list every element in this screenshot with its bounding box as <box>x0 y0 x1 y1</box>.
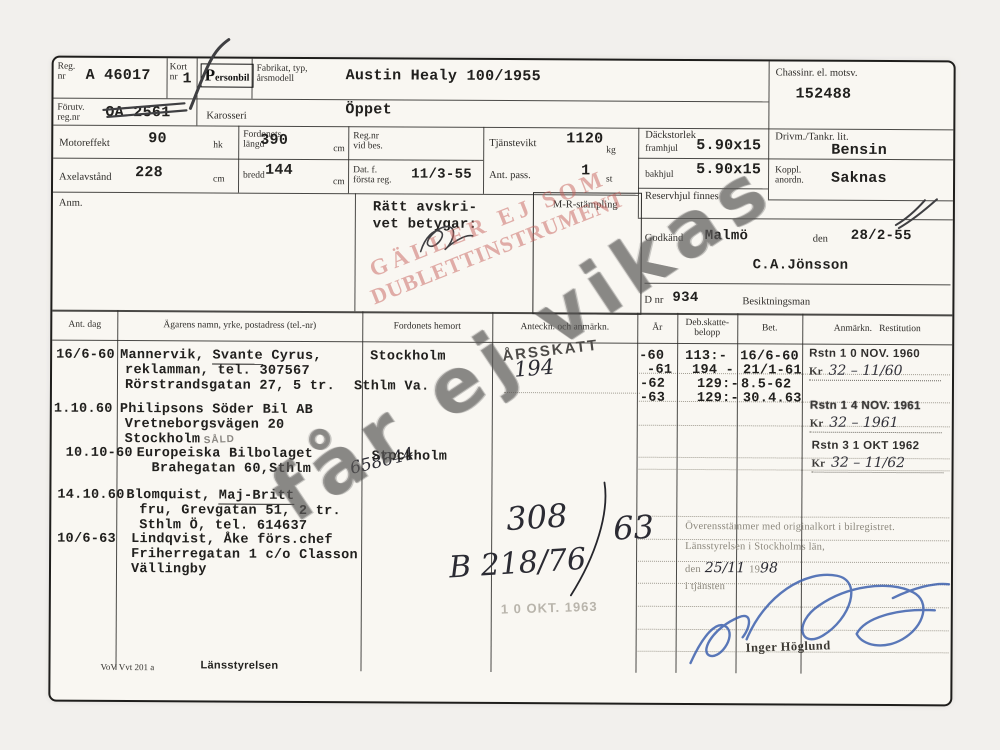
col-header-bet: Bet. <box>737 323 802 333</box>
godkand-date: 28/2-55 <box>851 228 912 244</box>
langd-unit: cm <box>333 144 345 154</box>
grid-line <box>52 340 952 346</box>
col-header-anmarkn: Anmärkn. Restitution <box>802 324 952 335</box>
owner-1-line-2: reklamman, tel. 307567 <box>125 363 310 379</box>
tax-year-3: -62 <box>640 377 665 392</box>
owner-2-date: 1.10.60 <box>54 402 113 417</box>
kr-hand-value: 32 – 1961 <box>829 415 898 431</box>
owner-4-name-pre: Blomquist, <box>126 488 218 503</box>
restitution-stamp-3: Rstn 3 1 OKT 1962 <box>812 440 920 453</box>
owner-1-line-1: Mannervik, Svante Cyrus, <box>120 348 322 364</box>
tax-amount-2: 194 - <box>692 363 734 378</box>
certify-line-1: Överensstämmer med originalkort i bilreg… <box>685 521 895 533</box>
owner-1-name-pre: Mannervik, <box>120 348 212 363</box>
owner-4-line-2: fru, Grevgatan 51, 2 tr. <box>139 503 341 519</box>
fabrikat-label: Fabrikat, typ, årsmodell <box>257 64 308 84</box>
chassi-label: Chassinr. el. motsv. <box>776 67 858 78</box>
hemort-row-3: Stockholm <box>372 449 448 464</box>
sold-stamp: SÅLD <box>203 434 235 446</box>
tax-amount-4: 129:- <box>697 391 739 406</box>
registration-card: Reg. nr A 46017 Kort nr 1 Personbil Fabr… <box>48 56 955 707</box>
bakhjul-value: 5.90x15 <box>696 161 761 178</box>
certify-year-prefix: 19 <box>749 564 760 575</box>
grid-line <box>490 312 493 672</box>
forutv-label: Förutv. reg.nr <box>57 103 84 123</box>
motoreffekt-value: 90 <box>148 130 167 147</box>
hand-case-number-308: 308 <box>505 496 568 538</box>
col-header-hemort: Fordonets hemort <box>362 321 492 332</box>
owner-3-date: 10.10-60 <box>66 446 133 461</box>
ratt-avskrivet-text: Rätt avskri- vet betygar: <box>373 199 478 234</box>
owner-5-date: 10/6-63 <box>57 532 116 547</box>
owner-5-line-2: Friherregatan 1 c/o Classon <box>131 547 358 563</box>
axelavstand-unit: cm <box>213 174 225 184</box>
hand-case-number-b218: B 218/76 <box>448 542 587 586</box>
owner-1-line-3: Rörstrandsgatan 27, 5 tr. <box>125 378 335 394</box>
certify-line-2: Länsstyrelsen i Stockholms län, <box>685 541 825 553</box>
owner-4-date: 14.10.60 <box>57 488 124 503</box>
grid-line <box>53 125 953 131</box>
restitution-kr-1: Kr32 – 11/60 <box>809 362 941 382</box>
tax-year-1: -60 <box>639 349 664 364</box>
dotted-rule <box>638 606 949 609</box>
dotted-rule <box>638 516 949 519</box>
anm-label: Anm. <box>59 198 83 209</box>
grid-line <box>735 313 738 673</box>
restitution-kr-2: Kr32 – 1961 <box>810 414 942 434</box>
dat-forsta-reg-label: Dat. f. första reg. <box>353 165 392 185</box>
grid-line <box>638 188 768 190</box>
owner-3-line-1: Europeiska Bilbolaget <box>137 446 314 462</box>
kr-label: Kr <box>812 458 826 470</box>
grid-line <box>638 158 953 161</box>
mr-stamp-box <box>532 192 642 315</box>
kr-label: Kr <box>809 366 823 378</box>
framhjul-label: framhjul <box>645 144 678 154</box>
certify-line-4: i tjänsten <box>685 581 725 592</box>
grid-line <box>53 98 768 103</box>
kort-value: 1 <box>183 70 192 87</box>
certifier-name: Inger Höglund <box>745 638 831 656</box>
restitution-stamp-1: Rstn 1 0 NOV. 1960 <box>809 348 920 361</box>
reg-nr-label: Reg. nr <box>58 62 76 82</box>
grid-line <box>166 58 167 98</box>
grid-line <box>638 218 953 221</box>
certify-hand-day: 25/11 <box>705 560 745 576</box>
karosseri-value: Öppet <box>345 101 392 118</box>
fabrikat-value: Austin Healy 100/1955 <box>346 67 541 85</box>
kr-hand-value: 32 – 11/60 <box>828 363 902 379</box>
issuer-name: Länsstyrelsen <box>200 659 278 671</box>
bredd-unit: cm <box>333 177 345 187</box>
ant-pass-value: 1 <box>581 162 590 179</box>
restitution-kr-3: Kr32 – 11/62 <box>812 454 944 474</box>
reg-nr-value: A 46017 <box>86 67 151 84</box>
den-label: den <box>685 564 701 575</box>
dotted-rule <box>638 629 949 632</box>
koppl-label: Koppl. anordn. <box>775 165 804 185</box>
col-header-anteckn: Anteckn. och anmärkn. <box>492 322 637 333</box>
dnr-value: 934 <box>672 290 698 306</box>
col-header-agare: Ägarens namn, yrke, postadress (tel.-nr) <box>117 320 362 331</box>
dack-label: Däckstorlek <box>645 130 696 141</box>
forutv-value: OA 2561 <box>105 104 170 121</box>
karosseri-label: Karosseri <box>206 110 246 121</box>
owner-1-name-post: Cyrus, <box>263 349 322 364</box>
hand-case-number-63: 63 <box>612 508 654 548</box>
grid-line <box>483 127 484 194</box>
tax-year-2: -61 <box>647 363 672 378</box>
vehicle-type-box: Personbil <box>201 63 254 87</box>
grid-line <box>53 158 483 161</box>
tax-year-4: -63 <box>640 391 665 406</box>
owner-4-name-underlined: Maj-Britt <box>219 489 295 505</box>
axelavstand-value: 228 <box>135 164 163 181</box>
owner-2-line-2: Vretneborgsvägen 20 <box>125 417 285 433</box>
owner-3-line-2: Brahegatan 60,Sthlm <box>151 461 311 477</box>
owner-2-line-1: Philipsons Söder Bil AB <box>120 402 313 418</box>
koppl-value: Saknas <box>831 170 887 187</box>
ant-pass-unit: st <box>606 175 612 185</box>
reservhjul-label: Reservhjul finnes <box>645 191 719 202</box>
tjanstevikt-value: 1120 <box>566 130 603 147</box>
langd-value: 390 <box>260 132 288 149</box>
regnr-vid-bes-label: Reg.nr vid bes. <box>353 131 383 151</box>
grid-line <box>768 199 953 201</box>
bredd-value: 144 <box>265 162 293 179</box>
grid-line <box>635 313 638 673</box>
form-code: VoV Vvt 201 a <box>100 662 154 672</box>
framhjul-value: 5.90x15 <box>696 137 761 154</box>
col-header-ant-dag: Ant. dag <box>52 320 117 330</box>
col-header-ar: År <box>637 323 677 333</box>
dnr-label: D nr <box>644 295 663 306</box>
kr-label: Kr <box>810 418 824 430</box>
tax-amount-1: 113:- <box>685 349 727 364</box>
tjanstevikt-unit: kg <box>606 146 616 156</box>
tax-paid-2: 21/1-61 <box>743 363 802 378</box>
tax-paid-4: 30.4.63 <box>743 391 802 406</box>
arsskatt-hand-value: 194 <box>513 355 555 382</box>
dat-forsta-reg-value: 11/3-55 <box>411 167 472 183</box>
bredd-label: bredd <box>243 171 265 181</box>
hemort-row-1b: Sthlm Va. <box>354 379 430 394</box>
grid-line <box>675 313 678 673</box>
drivm-value: Bensin <box>831 142 887 159</box>
inspector-name: C.A.Jönsson <box>753 257 849 274</box>
chassi-value: 152488 <box>795 86 851 103</box>
tax-paid-3: 8.5-62 <box>741 377 791 392</box>
dotted-rule <box>504 392 640 394</box>
den-label: den <box>813 234 828 245</box>
hemort-row-1a: Stockholm <box>370 349 446 364</box>
grid-line <box>52 310 952 316</box>
scan-background: Reg. nr A 46017 Kort nr 1 Personbil Fabr… <box>0 0 1000 750</box>
grid-line <box>196 58 197 125</box>
restitution-stamp-2: Rstn 1 4 NOV. 1961 <box>810 400 921 413</box>
certify-hand-year: 98 <box>760 560 778 576</box>
faint-date-stamp: 1 0 OKT. 1963 <box>501 599 598 617</box>
tax-paid-1: 16/6-60 <box>740 349 799 364</box>
grid-line <box>645 283 951 286</box>
grid-line <box>360 311 363 671</box>
tjanstevikt-label: Tjänstevikt <box>489 138 536 149</box>
besiktningsman-label: Besiktningsman <box>742 296 810 307</box>
godkand-label: Godkänd <box>645 233 684 244</box>
certify-line-3: den 25/11 1998 <box>685 559 778 577</box>
col-header-deb: Deb.skatte- belopp <box>677 318 737 338</box>
motoreffekt-unit: hk <box>213 140 223 150</box>
owner-5-line-1: Lindqvist, Åke förs.chef <box>131 532 333 548</box>
owner-1-date: 16/6-60 <box>56 348 115 363</box>
motoreffekt-label: Motoreffekt <box>59 138 110 149</box>
axelavstand-label: Axelavstånd <box>59 172 112 183</box>
godkand-place: Malmö <box>705 228 749 244</box>
kr-hand-value: 32 – 11/62 <box>831 455 905 471</box>
owner-1-name-underlined: Svante <box>213 348 264 364</box>
owner-4-line-1: Blomquist, Maj-Britt <box>126 488 294 504</box>
owner-5-line-3: Vällingby <box>131 562 207 577</box>
mr-stampling-label: M-R-stämpling <box>553 199 618 210</box>
grid-line <box>768 61 770 199</box>
bakhjul-label: bakhjul <box>645 170 674 180</box>
ant-pass-label: Ant. pass. <box>489 170 531 181</box>
grid-line <box>354 193 356 311</box>
tax-amount-3: 129:- <box>697 377 739 392</box>
